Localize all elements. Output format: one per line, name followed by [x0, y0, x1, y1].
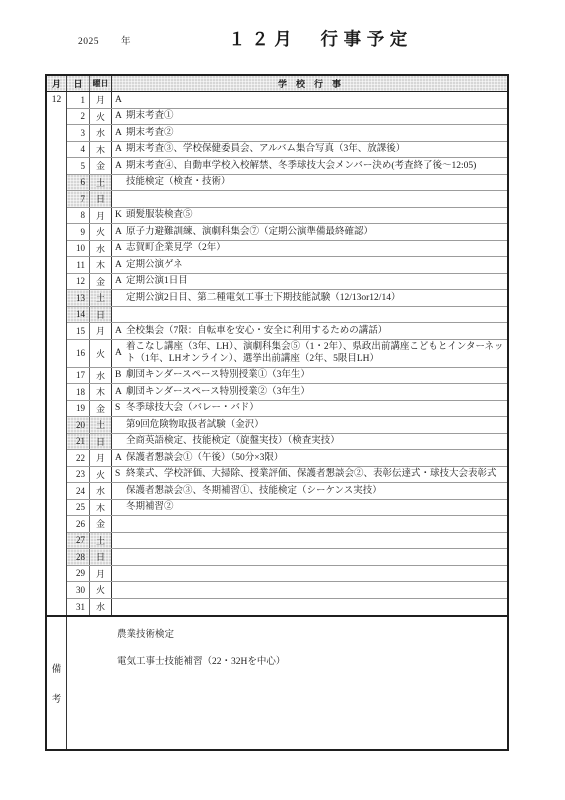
weekday-cell: 木 — [90, 142, 112, 158]
day-number: 3 — [67, 125, 90, 141]
course-prefix: A — [115, 275, 126, 288]
table-row: 31 水 — [67, 599, 507, 616]
event-cell: 保護者懇談会③、冬期補習①、技能検定（シーケンス実技） — [112, 483, 507, 499]
day-number: 29 — [67, 566, 90, 582]
weekday-cell: 水 — [90, 241, 112, 257]
table-row: 24 水 保護者懇談会③、冬期補習①、技能検定（シーケンス実技） — [67, 483, 507, 500]
course-prefix: A — [115, 110, 126, 123]
weekday-cell: 日 — [90, 307, 112, 323]
event-cell — [112, 307, 507, 323]
weekday-cell: 火 — [90, 224, 112, 240]
weekday-cell: 金 — [90, 274, 112, 290]
weekday-cell: 火 — [90, 109, 112, 125]
course-prefix: A — [115, 226, 126, 239]
day-number: 4 — [67, 142, 90, 158]
course-prefix: A — [115, 386, 126, 399]
table-row: 2 火 A 期末考査① — [67, 109, 507, 126]
course-prefix: K — [115, 209, 126, 222]
weekday-cell: 日 — [90, 549, 112, 565]
table-row: 12 金 A 定期公演1日目 — [67, 274, 507, 291]
weekday-cell: 水 — [90, 125, 112, 141]
day-number: 21 — [67, 434, 90, 450]
event-cell: A 定期公演1日目 — [112, 274, 507, 290]
event-text: 技能検定（検査・技術） — [126, 176, 231, 189]
event-cell: A 期末考査① — [112, 109, 507, 125]
day-number: 10 — [67, 241, 90, 257]
event-text: 定期公演ゲネ — [126, 259, 183, 272]
weekday-cell: 木 — [90, 500, 112, 516]
event-cell: A 全校集会（7限：自転車を安心・安全に利用するための講話） — [112, 323, 507, 339]
event-text: 定期公演2日目、第二種電気工事士下期技能試験（12/13or12/14） — [126, 292, 400, 305]
event-cell: A 着こなし講座（3年、LH）、演劇科集会⑤（1・2年）、県政出前講座こどもとイ… — [112, 340, 507, 367]
course-prefix: A — [115, 143, 126, 156]
column-header-month: 月 — [47, 76, 67, 91]
weekday-cell: 木 — [90, 257, 112, 273]
table-row: 5 金 A 期末考査④、自動車学校入校解禁、冬季球技大会メンバー決め(考査終了後… — [67, 158, 507, 175]
event-text: 劇団キンダースペース特別授業①（3年生） — [126, 369, 310, 382]
schedule-table: 月 日 曜日 学 校 行 事 12 1 月 A 2 火 A 期末考査① 3 水 … — [45, 74, 509, 751]
event-text: 期末考査② — [126, 127, 174, 140]
event-cell — [112, 582, 507, 598]
table-row: 14 日 — [67, 307, 507, 324]
event-cell: K 頭髪服装検査⑤ — [112, 208, 507, 224]
event-text: 着こなし講座（3年、LH）、演劇科集会⑤（1・2年）、県政出前講座こどもとインタ… — [126, 341, 505, 366]
event-cell — [112, 599, 507, 616]
column-header-day: 日 — [67, 76, 90, 91]
weekday-cell: 土 — [90, 175, 112, 191]
table-row: 26 金 — [67, 516, 507, 533]
event-text: 志賀町企業見学（2年） — [126, 242, 226, 255]
event-cell — [112, 533, 507, 549]
event-text: 全商英語検定、技能検定（旋盤実技）（検査実技） — [126, 435, 340, 448]
weekday-cell: 土 — [90, 533, 112, 549]
day-number: 26 — [67, 516, 90, 532]
event-text: 保護者懇談会①（午後）（50分×3限） — [126, 452, 283, 465]
day-number: 7 — [67, 191, 90, 207]
event-text: 期末考査④、自動車学校入校解禁、冬季球技大会メンバー決め(考査終了後～12:05… — [126, 160, 476, 173]
table-row: 18 木 A 劇団キンダースペース特別授業②（3年生） — [67, 384, 507, 401]
event-cell: A 期末考査③、学校保健委員会、アルバム集合写真（3年、放課後） — [112, 142, 507, 158]
table-row: 6 土 技能検定（検査・技術） — [67, 175, 507, 192]
day-number: 9 — [67, 224, 90, 240]
weekday-cell: 火 — [90, 467, 112, 483]
course-prefix: B — [115, 369, 126, 382]
day-number: 8 — [67, 208, 90, 224]
event-cell: A 期末考査④、自動車学校入校解禁、冬季球技大会メンバー決め(考査終了後～12:… — [112, 158, 507, 174]
weekday-cell: 火 — [90, 340, 112, 367]
event-text: 劇団キンダースペース特別授業②（3年生） — [126, 386, 310, 399]
remarks-line: 農業技術検定 — [117, 626, 501, 640]
course-prefix: S — [115, 468, 126, 481]
weekday-cell: 金 — [90, 158, 112, 174]
event-cell: A 期末考査② — [112, 125, 507, 141]
event-cell — [112, 191, 507, 207]
weekday-cell: 火 — [90, 582, 112, 598]
day-number: 14 — [67, 307, 90, 323]
column-header-events: 学 校 行 事 — [112, 76, 507, 91]
course-prefix: A — [115, 160, 126, 173]
table-row: 27 土 — [67, 533, 507, 550]
event-text: 冬期補習② — [126, 501, 174, 514]
event-cell: S 終業式、学校評価、大掃除、授業評価、保護者懇談会②、表彰伝達式・球技大会表彰… — [112, 467, 507, 483]
event-text: 定期公演1日目 — [126, 275, 188, 288]
course-prefix: A — [115, 452, 126, 465]
remarks-line: 電気工事士技能補習（22・32Hを中心） — [117, 653, 501, 667]
day-rows: 1 月 A 2 火 A 期末考査① 3 水 A 期末考査② 4 木 A 期末考査… — [67, 92, 507, 615]
day-number: 11 — [67, 257, 90, 273]
event-text: 冬季球技大会（バレー・バド） — [126, 402, 259, 415]
table-row: 28 日 — [67, 549, 507, 566]
table-row: 29 月 — [67, 566, 507, 583]
event-text: 保護者懇談会③、冬期補習①、技能検定（シーケンス実技） — [126, 485, 382, 498]
event-text: 期末考査① — [126, 110, 174, 123]
day-number: 12 — [67, 274, 90, 290]
day-number: 24 — [67, 483, 90, 499]
course-prefix: A — [115, 242, 126, 255]
event-cell — [112, 549, 507, 565]
day-number: 20 — [67, 417, 90, 433]
event-cell: A 保護者懇談会①（午後）（50分×3限） — [112, 450, 507, 466]
event-cell: A 定期公演ゲネ — [112, 257, 507, 273]
event-cell: 定期公演2日目、第二種電気工事士下期技能試験（12/13or12/14） — [112, 290, 507, 306]
event-cell: 技能検定（検査・技術） — [112, 175, 507, 191]
day-number: 30 — [67, 582, 90, 598]
table-row: 23 火 S 終業式、学校評価、大掃除、授業評価、保護者懇談会②、表彰伝達式・球… — [67, 467, 507, 484]
remarks-label-char: 考 — [52, 691, 62, 705]
weekday-cell: 月 — [90, 323, 112, 339]
day-number: 31 — [67, 599, 90, 616]
remarks-label: 備考 — [47, 617, 67, 749]
day-number: 15 — [67, 323, 90, 339]
table-row: 16 火 A 着こなし講座（3年、LH）、演劇科集会⑤（1・2年）、県政出前講座… — [67, 340, 507, 368]
day-number: 5 — [67, 158, 90, 174]
weekday-cell: 月 — [90, 450, 112, 466]
table-row: 10 水 A 志賀町企業見学（2年） — [67, 241, 507, 258]
table-row: 11 木 A 定期公演ゲネ — [67, 257, 507, 274]
event-cell — [112, 566, 507, 582]
weekday-cell: 水 — [90, 483, 112, 499]
day-number: 19 — [67, 401, 90, 417]
table-row: 13 土 定期公演2日目、第二種電気工事士下期技能試験（12/13or12/14… — [67, 290, 507, 307]
course-prefix: A — [115, 325, 126, 338]
remarks-section: 備考 農業技術検定電気工事士技能補習（22・32Hを中心） — [47, 615, 507, 749]
weekday-cell: 土 — [90, 417, 112, 433]
weekday-cell: 木 — [90, 384, 112, 400]
table-row: 17 水 B 劇団キンダースペース特別授業①（3年生） — [67, 368, 507, 385]
table-row: 25 木 冬期補習② — [67, 500, 507, 517]
event-text: 第9回危険物取扱者試験（金沢） — [126, 419, 264, 432]
event-cell: A 志賀町企業見学（2年） — [112, 241, 507, 257]
table-row: 3 水 A 期末考査② — [67, 125, 507, 142]
weekday-cell: 月 — [90, 208, 112, 224]
event-cell: A 劇団キンダースペース特別授業②（3年生） — [112, 384, 507, 400]
weekday-cell: 金 — [90, 516, 112, 532]
day-number: 17 — [67, 368, 90, 384]
event-cell: B 劇団キンダースペース特別授業①（3年生） — [112, 368, 507, 384]
table-body: 12 1 月 A 2 火 A 期末考査① 3 水 A 期末考査② 4 木 A 期… — [47, 92, 507, 615]
event-text: 頭髪服装検査⑤ — [126, 209, 193, 222]
remarks-content: 農業技術検定電気工事士技能補習（22・32Hを中心） — [67, 617, 507, 749]
day-number: 2 — [67, 109, 90, 125]
day-number: 6 — [67, 175, 90, 191]
day-number: 13 — [67, 290, 90, 306]
course-prefix: A — [115, 259, 126, 272]
column-header-weekday: 曜日 — [90, 76, 112, 91]
event-text: 終業式、学校評価、大掃除、授業評価、保護者懇談会②、表彰伝達式・球技大会表彰式 — [126, 468, 497, 481]
event-cell: 冬期補習② — [112, 500, 507, 516]
table-row: 19 金 S 冬季球技大会（バレー・バド） — [67, 401, 507, 418]
event-cell: A 原子力避難訓練、演劇科集会⑦（定期公演準備最終確認） — [112, 224, 507, 240]
month-cell: 12 — [47, 92, 67, 615]
table-row: 15 月 A 全校集会（7限：自転車を安心・安全に利用するための講話） — [67, 323, 507, 340]
course-prefix: A — [115, 94, 126, 107]
course-prefix: A — [115, 347, 126, 360]
weekday-cell: 水 — [90, 599, 112, 616]
table-row: 20 土 第9回危険物取扱者試験（金沢） — [67, 417, 507, 434]
table-row: 30 火 — [67, 582, 507, 599]
weekday-cell: 月 — [90, 566, 112, 582]
table-row: 1 月 A — [67, 92, 507, 109]
day-number: 23 — [67, 467, 90, 483]
day-number: 28 — [67, 549, 90, 565]
day-number: 22 — [67, 450, 90, 466]
table-row: 22 月 A 保護者懇談会①（午後）（50分×3限） — [67, 450, 507, 467]
weekday-cell: 月 — [90, 92, 112, 108]
table-row: 7 日 — [67, 191, 507, 208]
table-row: 8 月 K 頭髪服装検査⑤ — [67, 208, 507, 225]
day-number: 25 — [67, 500, 90, 516]
day-number: 18 — [67, 384, 90, 400]
weekday-cell: 金 — [90, 401, 112, 417]
event-text: 原子力避難訓練、演劇科集会⑦（定期公演準備最終確認） — [126, 226, 373, 239]
event-cell: S 冬季球技大会（バレー・バド） — [112, 401, 507, 417]
event-text: 期末考査③、学校保健委員会、アルバム集合写真（3年、放課後） — [126, 143, 405, 156]
course-prefix: A — [115, 127, 126, 140]
day-number: 1 — [67, 92, 90, 108]
day-number: 16 — [67, 340, 90, 367]
table-header-row: 月 日 曜日 学 校 行 事 — [47, 76, 507, 92]
remarks-label-char: 備 — [52, 661, 62, 675]
weekday-cell: 水 — [90, 368, 112, 384]
table-row: 21 日 全商英語検定、技能検定（旋盤実技）（検査実技） — [67, 434, 507, 451]
event-text: 全校集会（7限：自転車を安心・安全に利用するための講話） — [126, 325, 387, 338]
table-row: 9 火 A 原子力避難訓練、演劇科集会⑦（定期公演準備最終確認） — [67, 224, 507, 241]
weekday-cell: 土 — [90, 290, 112, 306]
course-prefix: S — [115, 402, 126, 415]
event-cell: 第9回危険物取扱者試験（金沢） — [112, 417, 507, 433]
page-title: １２月 行事予定 — [0, 26, 565, 51]
day-number: 27 — [67, 533, 90, 549]
table-row: 4 木 A 期末考査③、学校保健委員会、アルバム集合写真（3年、放課後） — [67, 142, 507, 159]
weekday-cell: 日 — [90, 434, 112, 450]
event-cell — [112, 516, 507, 532]
weekday-cell: 日 — [90, 191, 112, 207]
event-cell: 全商英語検定、技能検定（旋盤実技）（検査実技） — [112, 434, 507, 450]
event-cell: A — [112, 92, 507, 108]
